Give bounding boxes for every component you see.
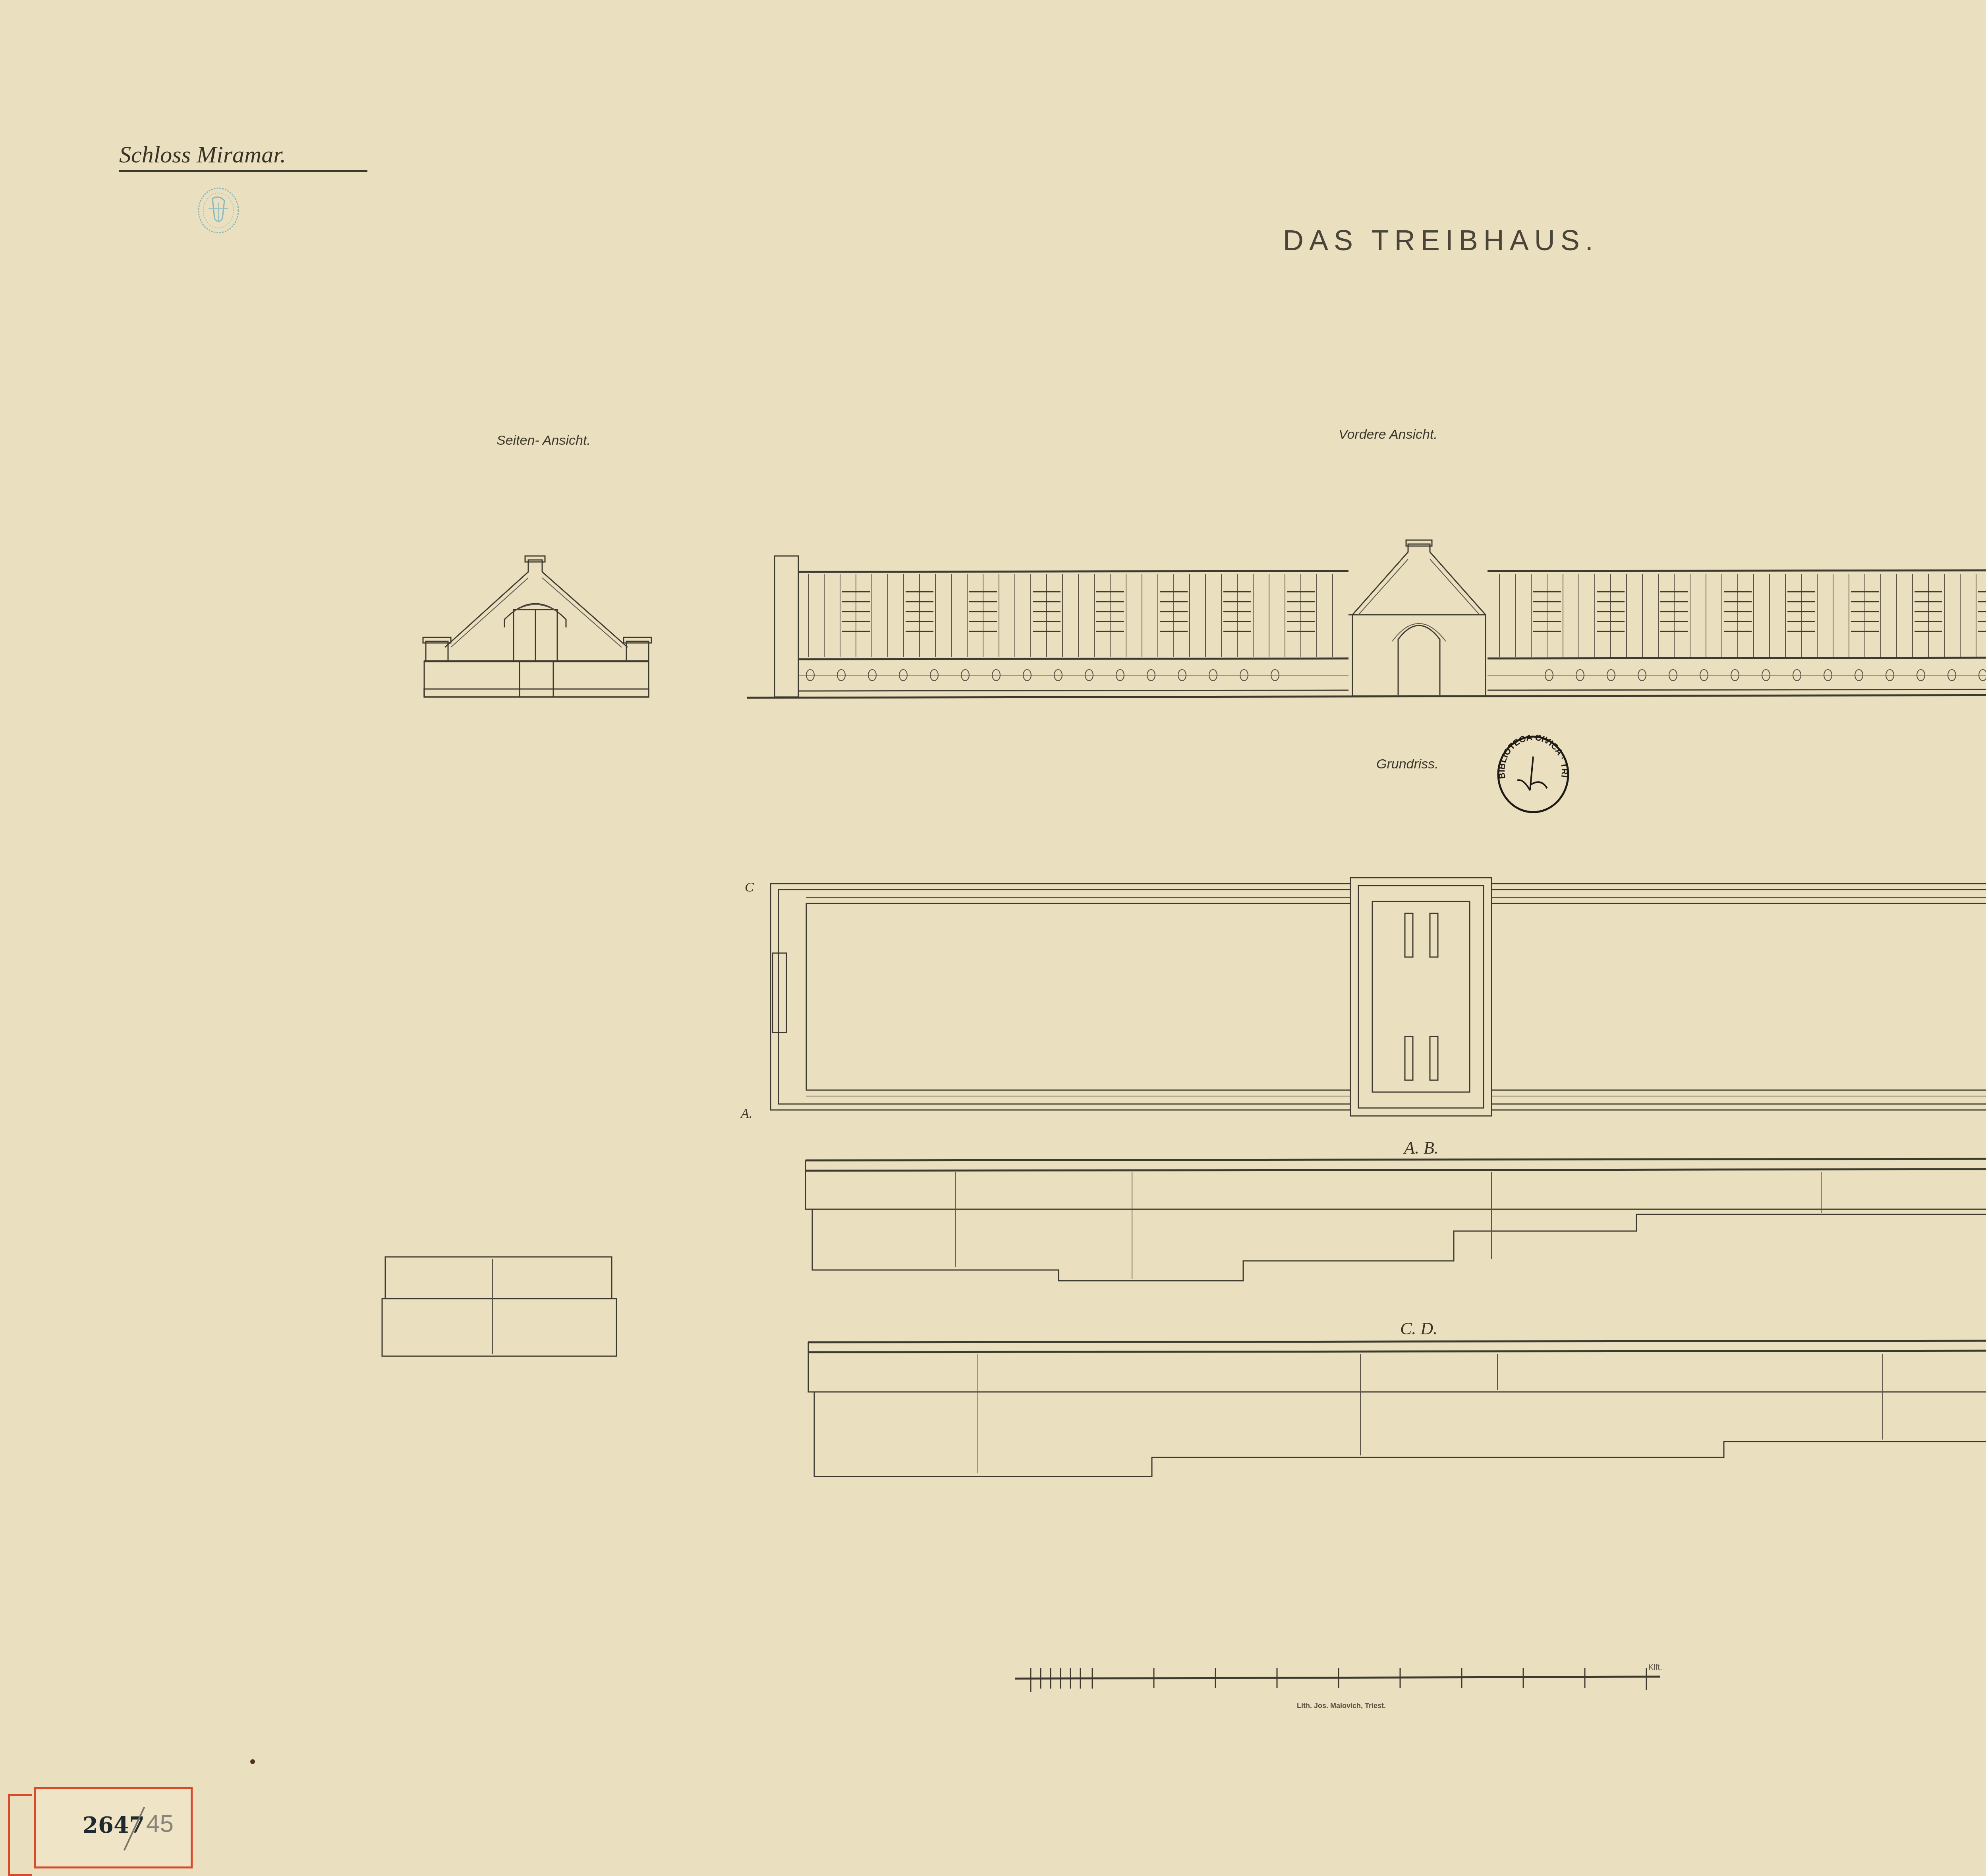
floor-plan-drawing	[771, 878, 1986, 1116]
archive-label-edge	[8, 1794, 32, 1876]
ink-spot	[250, 1759, 255, 1764]
left-foundation-detail	[382, 1257, 616, 1356]
section-cd-drawing	[808, 1341, 1986, 1476]
scale-unit-label: Klft.	[1648, 1663, 1662, 1672]
archive-sub-number: 45	[146, 1810, 174, 1838]
svg-text:C: C	[745, 880, 754, 895]
drawing-sheet: Schloss Miramar. №45 DAS TREIBHAUS. Seit…	[0, 0, 1986, 1876]
front-elevation-drawing	[747, 540, 1986, 698]
archive-label: 2647 45	[34, 1787, 193, 1868]
svg-text:A.: A.	[740, 1106, 752, 1121]
scale-bar	[1015, 1668, 1660, 1692]
side-elevation-drawing	[423, 556, 651, 697]
architectural-drawing: C A. D. B.	[0, 0, 1986, 1876]
printer-credit: Lith. Jos. Malovich, Triest.	[1297, 1702, 1386, 1710]
section-ab-drawing	[806, 1159, 1986, 1281]
library-stamp-icon: BIBLIOTECA CIVICA · TRIESTE ·	[1493, 735, 1573, 814]
